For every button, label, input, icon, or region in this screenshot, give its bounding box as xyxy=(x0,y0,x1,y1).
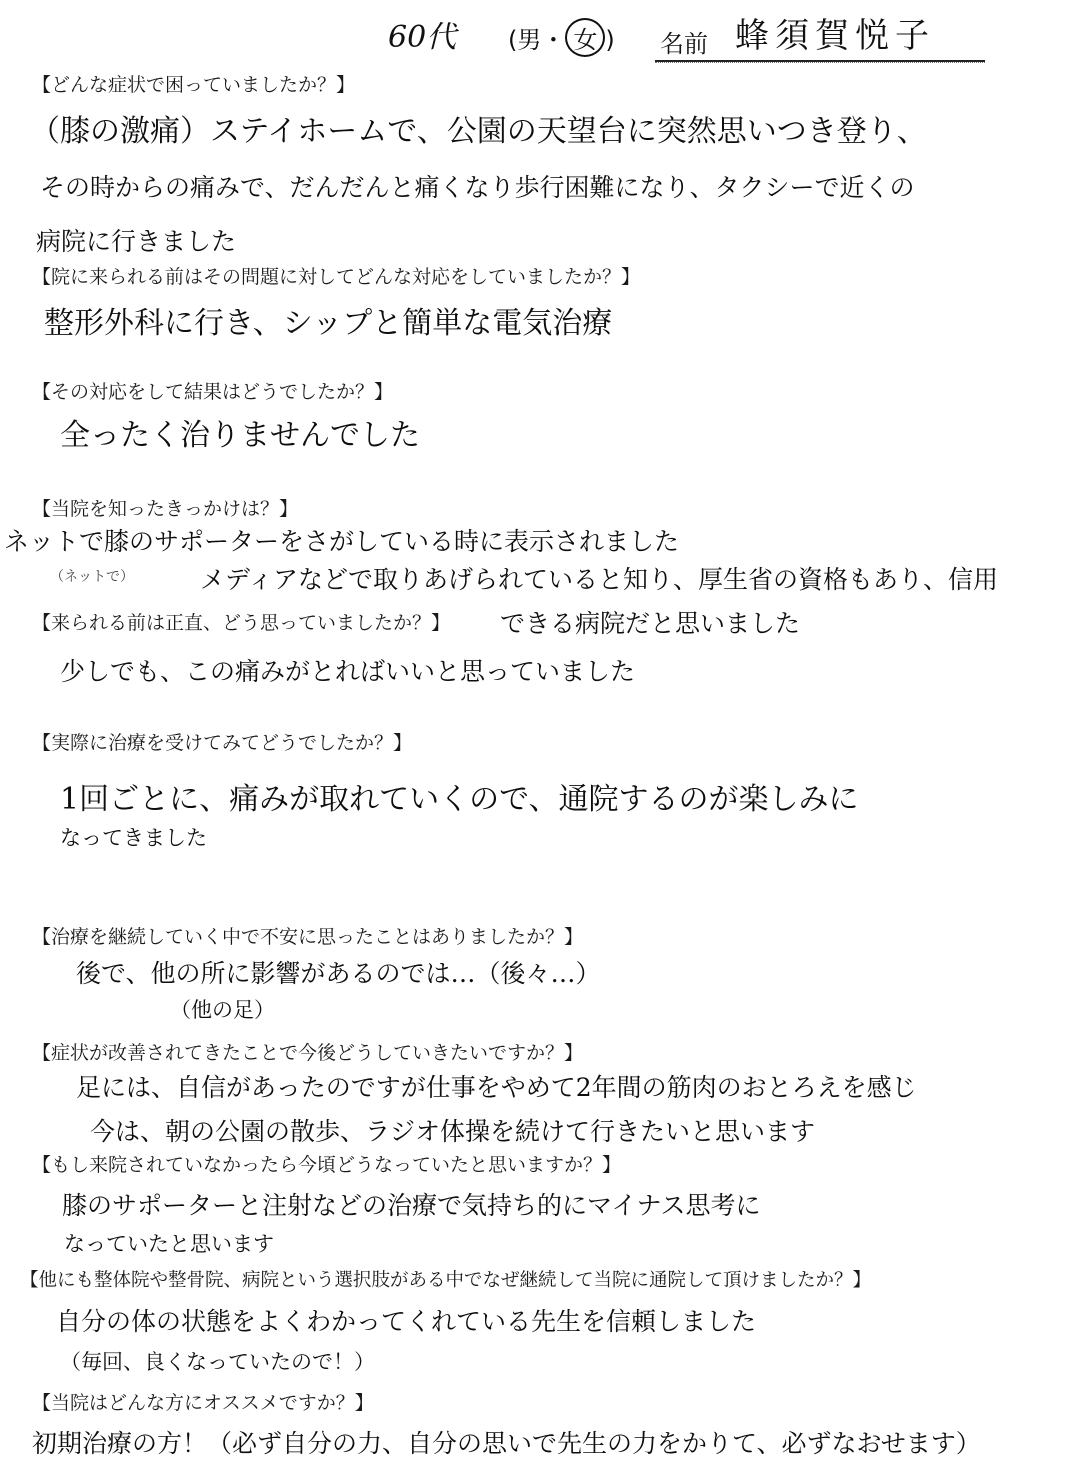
answer-concerns-line-1: 後で、他の所に影響があるのでは…（後々…） xyxy=(76,954,601,990)
answer-future-line-2: 今は、朝の公園の散歩、ラジオ体操を続けて行きたいと思います xyxy=(90,1112,815,1148)
answer-result: 全ったく治りませんでした xyxy=(60,410,420,454)
name-underline xyxy=(655,60,985,63)
answer-symptoms-line-2: その時からの痛みで、だんだんと痛くなり歩行困難になり、タクシーで近くの xyxy=(40,168,915,204)
answer-why-continue-line-2: （毎回、良くなっていたので！） xyxy=(60,1346,375,1376)
question-future: 【症状が改善されてきたことで今後どうしていきたいですか？】 xyxy=(32,1038,583,1065)
answer-expectations-inline: できる病院だと思いました xyxy=(500,604,800,640)
sex-options-close: ) xyxy=(605,26,614,54)
answer-prior-treatment: 整形外科に行き、シップと簡単な電気治療 xyxy=(44,298,612,342)
answer-how-found-line-2: メディアなどで取りあげられていると知り、厚生省の資格もあり、信用 xyxy=(200,560,998,596)
question-if-not-visited: 【もし来院されていなかったら今頃どうなっていたと思いますか？】 xyxy=(32,1150,621,1177)
answer-symptoms-line-3: 病院に行きました xyxy=(36,222,236,258)
answer-how-found-line-1: ネットで膝のサポーターをさがしている時に表示されました xyxy=(4,522,679,558)
answer-if-not-visited-line-1: 膝のサポーターと注射などの治療で気持ち的にマイナス思考に xyxy=(62,1186,761,1222)
name-value: 蜂須賀悦子 xyxy=(735,8,935,57)
question-concerns: 【治療を継続していく中で不安に思ったことはありましたか？】 xyxy=(32,922,583,949)
question-recommend: 【当院はどんな方にオススメですか？】 xyxy=(32,1388,374,1415)
sex-selected-circle: 女 xyxy=(565,18,605,57)
answer-treatment-experience-line-2: なってきました xyxy=(60,822,207,852)
answer-if-not-visited-line-2: なっていたと思います xyxy=(64,1228,274,1258)
question-expectations: 【来られる前は正直、どう思っていましたか？】 xyxy=(32,608,450,635)
question-why-continue: 【他にも整体院や整骨院、病院という選択肢がある中でなぜ継続して当院に通院して頂け… xyxy=(20,1266,871,1292)
answer-recommend: 初期治療の方！（必ず自分の力、自分の思いで先生の力をかりて、必ずなおせます） xyxy=(32,1424,981,1460)
question-treatment-experience: 【実際に治療を受けてみてどうでしたか？】 xyxy=(32,728,412,755)
age-field: 60代 xyxy=(388,12,456,56)
question-how-found: 【当院を知ったきっかけは？】 xyxy=(32,494,298,521)
sex-field: (男・女) xyxy=(508,18,615,57)
answer-expectations: 少しでも、この痛みがとればいいと思っていました xyxy=(60,652,635,688)
name-label: 名前 xyxy=(660,24,708,59)
question-prior-treatment: 【院に来られる前はその問題に対してどんな対応をしていましたか？】 xyxy=(32,262,640,289)
sex-options-open: (男・ xyxy=(508,26,565,54)
question-symptoms: 【どんな症状で困っていましたか？】 xyxy=(32,70,355,97)
answer-concerns-line-2: （他の足） xyxy=(170,994,275,1024)
answer-treatment-experience-line-1: 1回ごとに、痛みが取れていくので、通院するのが楽しみに xyxy=(60,774,859,818)
answer-future-line-1: 足には、自信があったのですが仕事をやめて2年間の筋肉のおとろえを感じ xyxy=(76,1068,917,1104)
answer-symptoms-line-1: （膝の激痛）ステイホームで、公園の天望台に突然思いつき登り、 xyxy=(30,106,927,150)
answer-why-continue-line-1: 自分の体の状態をよくわかってくれている先生を信頼しました xyxy=(56,1302,756,1338)
question-result: 【その対応をして結果はどうでしたか？】 xyxy=(32,377,393,404)
answer-how-found-note: （ネットで） xyxy=(50,566,134,586)
